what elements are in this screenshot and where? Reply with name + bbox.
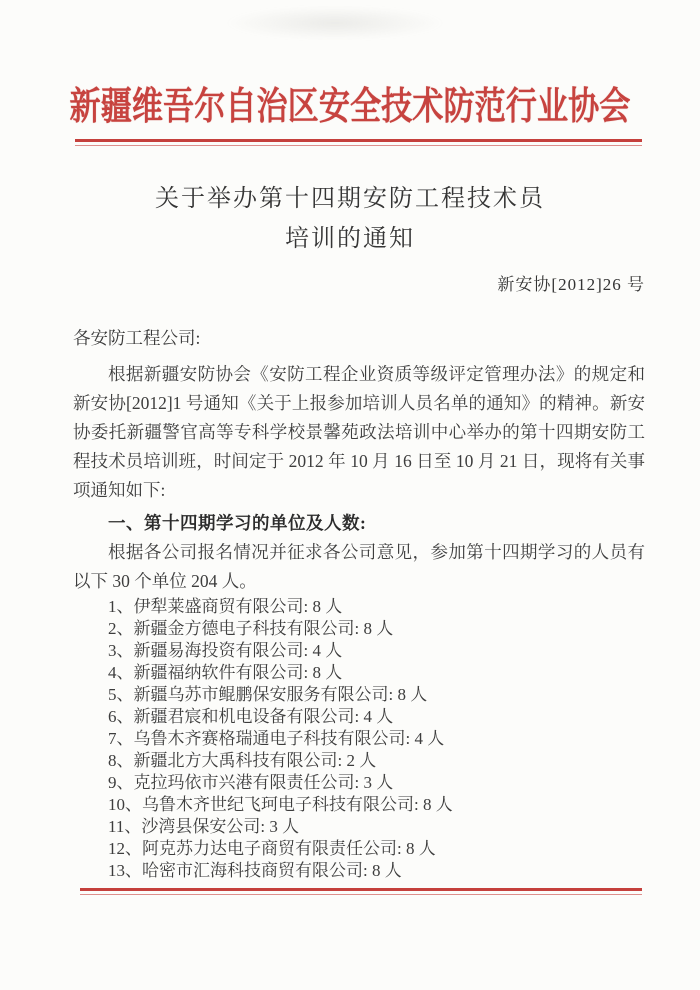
section-heading-1: 一、第十四期学习的单位及人数: — [73, 510, 645, 535]
association-letterhead-title: 新疆维吾尔自治区安全技术防范行业协会 — [63, 82, 637, 132]
document-title-line1: 关于举办第十四期安防工程技术员 — [0, 179, 700, 219]
company-list-item: 13、哈密市汇海科技商贸有限公司: 8 人 — [108, 860, 453, 882]
document-title: 关于举办第十四期安防工程技术员 培训的通知 — [0, 179, 700, 259]
scan-smudge-artifact — [225, 6, 445, 40]
company-list-item: 7、乌鲁木齐赛格瑞通电子科技有限公司: 4 人 — [108, 728, 453, 750]
company-list-item: 1、伊犁莱盛商贸有限公司: 8 人 — [108, 596, 453, 618]
company-list-item: 3、新疆易海投资有限公司: 4 人 — [108, 640, 453, 662]
company-list-item: 5、新疆乌苏市鲲鹏保安服务有限公司: 8 人 — [108, 684, 453, 706]
company-list-item: 11、沙湾县保安公司: 3 人 — [108, 816, 453, 838]
document-reference-number: 新安协[2012]26 号 — [497, 270, 645, 295]
company-list-item: 10、乌鲁木齐世纪飞珂电子科技有限公司: 8 人 — [108, 794, 453, 816]
paragraph-intro: 根据新疆安防协会《安防工程企业资质等级评定管理办法》的规定和新安协[2012]1… — [73, 360, 645, 505]
letterhead-divider-line — [75, 139, 642, 146]
footer-divider-line — [80, 888, 642, 895]
document-title-line2: 培训的通知 — [0, 219, 700, 259]
company-list-item: 6、新疆君宸和机电设备有限公司: 4 人 — [108, 706, 453, 728]
scanned-notice-document: 新疆维吾尔自治区安全技术防范行业协会 关于举办第十四期安防工程技术员 培训的通知… — [0, 0, 700, 990]
company-list-item: 12、阿克苏力达电子商贸有限责任公司: 8 人 — [108, 838, 453, 860]
company-list-item: 8、新疆北方大禹科技有限公司: 2 人 — [108, 750, 453, 772]
company-list: 1、伊犁莱盛商贸有限公司: 8 人 2、新疆金方德电子科技有限公司: 8 人 3… — [108, 596, 453, 882]
company-list-item: 2、新疆金方德电子科技有限公司: 8 人 — [108, 618, 453, 640]
company-list-item: 9、克拉玛依市兴港有限责任公司: 3 人 — [108, 772, 453, 794]
paragraph-enrollment-summary: 根据各公司报名情况并征求各公司意见，参加第十四期学习的人员有以下 30 个单位 … — [73, 538, 645, 596]
company-list-item: 4、新疆福纳软件有限公司: 8 人 — [108, 662, 453, 684]
salutation: 各安防工程公司: — [73, 325, 200, 350]
